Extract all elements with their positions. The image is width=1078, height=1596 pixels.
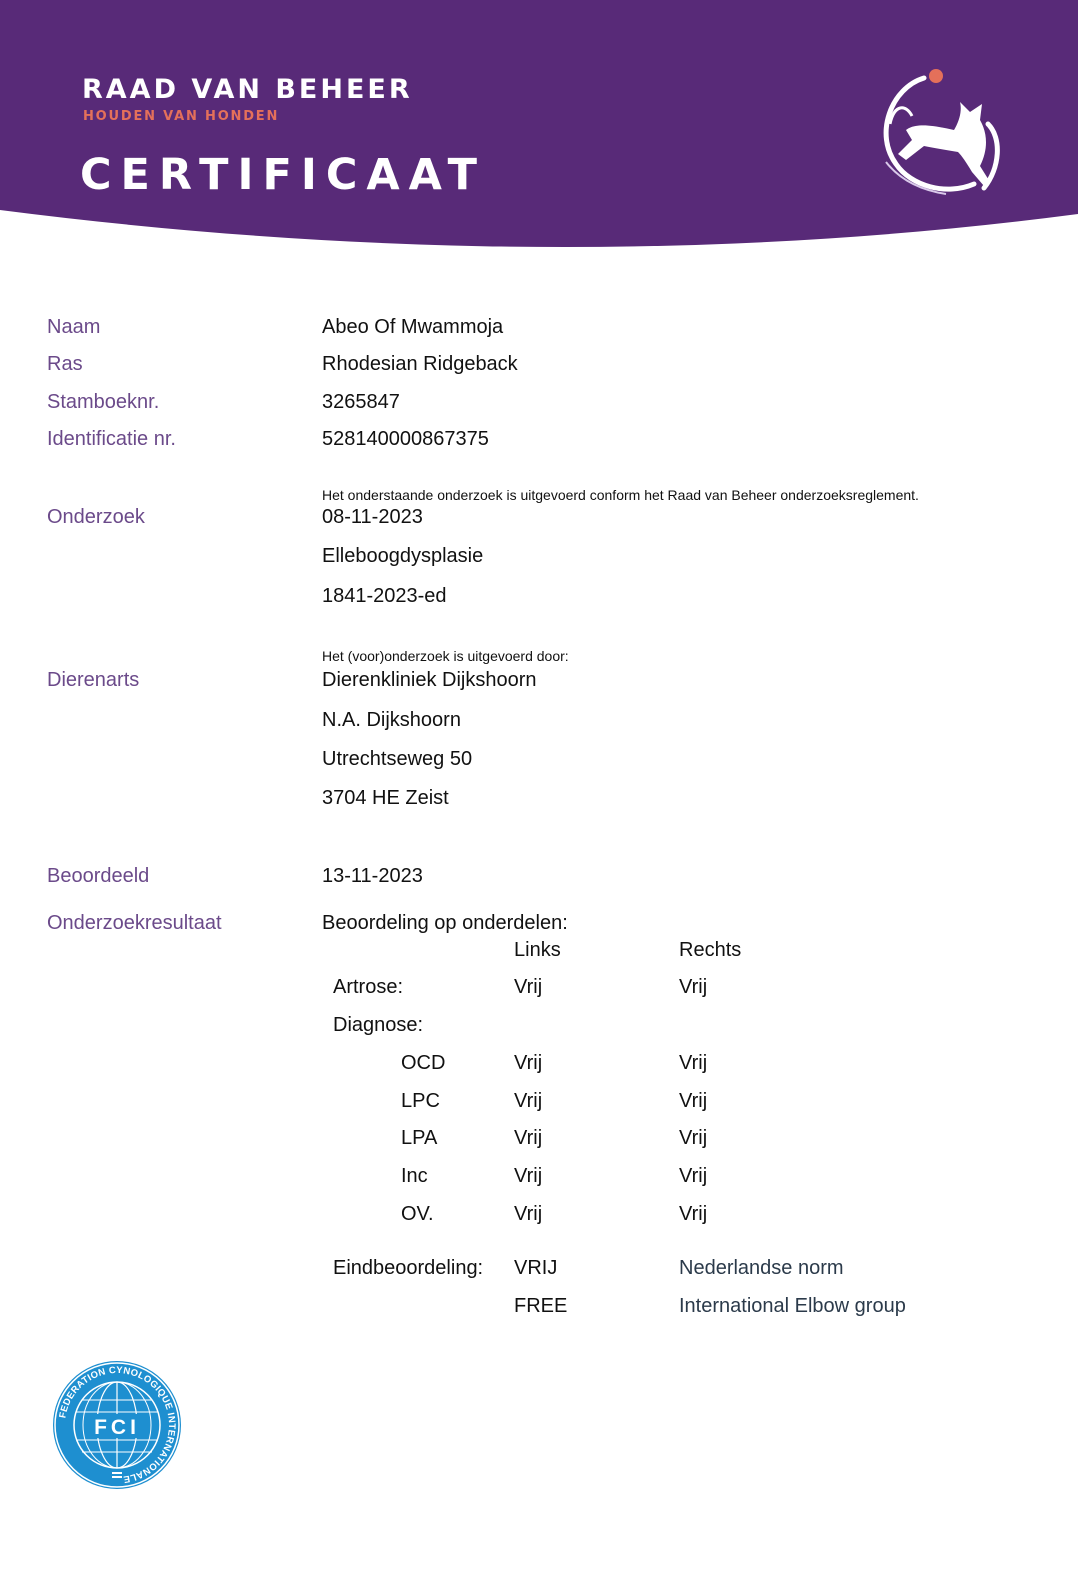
fci-logo-icon: FCI FEDERATION CYNOLOGIQUE INTERNATIONAL… <box>52 1360 182 1490</box>
dierenarts-city: 3704 HE Zeist <box>322 787 449 810</box>
diagnose-lpc-rechts: Vrij <box>679 1090 707 1113</box>
diagnose-ov-links: Vrij <box>514 1203 542 1226</box>
diagnose-inc-links: Vrij <box>514 1165 542 1188</box>
artrose-rechts: Vrij <box>679 976 707 999</box>
diagnose-lpa-label: LPA <box>401 1127 437 1150</box>
dierenarts-clinic: Dierenkliniek Dijkshoorn <box>322 669 537 692</box>
eindbeoordeling-nl-value: VRIJ <box>514 1257 557 1280</box>
diagnose-lpc-links: Vrij <box>514 1090 542 1113</box>
onderzoek-label: Onderzoek <box>47 506 145 529</box>
eindbeoordeling-ieg-value: FREE <box>514 1295 567 1318</box>
stamboek-value: 3265847 <box>322 391 400 414</box>
onderzoek-type: Elleboogdysplasie <box>322 545 483 568</box>
fci-abbr: FCI <box>94 1416 140 1439</box>
ras-value: Rhodesian Ridgeback <box>322 353 518 376</box>
diagnose-ov-rechts: Vrij <box>679 1203 707 1226</box>
artrose-label: Artrose: <box>333 976 403 999</box>
ras-label: Ras <box>47 353 83 376</box>
identificatie-value: 528140000867375 <box>322 428 489 451</box>
dierenarts-street: Utrechtseweg 50 <box>322 748 472 771</box>
dierenarts-label: Dierenarts <box>47 669 139 692</box>
artrose-links: Vrij <box>514 976 542 999</box>
dierenarts-note: Het (voor)onderzoek is uitgevoerd door: <box>322 648 569 664</box>
diagnose-ocd-label: OCD <box>401 1052 445 1075</box>
column-links: Links <box>514 939 561 962</box>
diagnose-ocd-links: Vrij <box>514 1052 542 1075</box>
onderzoekresultaat-label: Onderzoekresultaat <box>47 912 222 935</box>
naam-value: Abeo Of Mwammoja <box>322 316 503 339</box>
beoordeling-intro: Beoordeling op onderdelen: <box>322 912 568 935</box>
leaping-dog-logo-icon <box>876 64 1016 204</box>
diagnose-inc-label: Inc <box>401 1165 428 1188</box>
org-name: RAAD VAN BEHEER <box>82 74 413 105</box>
document-title: CERTIFICAAT <box>80 150 486 200</box>
onderzoek-reference: 1841-2023-ed <box>322 585 447 608</box>
diagnose-ov-label: OV. <box>401 1203 434 1226</box>
column-rechts: Rechts <box>679 939 741 962</box>
diagnose-inc-rechts: Vrij <box>679 1165 707 1188</box>
diagnose-lpa-rechts: Vrij <box>679 1127 707 1150</box>
certificate-header: RAAD VAN BEHEER HOUDEN VAN HONDEN CERTIF… <box>0 0 1078 260</box>
eindbeoordeling-label: Eindbeoordeling: <box>333 1257 483 1280</box>
eindbeoordeling-ieg-norm: International Elbow group <box>679 1295 906 1318</box>
naam-label: Naam <box>47 316 100 339</box>
onderzoek-date: 08-11-2023 <box>322 506 423 529</box>
beoordeeld-label: Beoordeeld <box>47 865 149 888</box>
diagnose-ocd-rechts: Vrij <box>679 1052 707 1075</box>
identificatie-label: Identificatie nr. <box>47 428 176 451</box>
dierenarts-name: N.A. Dijkshoorn <box>322 709 461 732</box>
stamboek-label: Stamboeknr. <box>47 391 159 414</box>
diagnose-lpa-links: Vrij <box>514 1127 542 1150</box>
diagnose-label: Diagnose: <box>333 1014 423 1037</box>
diagnose-lpc-label: LPC <box>401 1090 440 1113</box>
eindbeoordeling-nl-norm: Nederlandse norm <box>679 1257 844 1280</box>
onderzoek-note: Het onderstaande onderzoek is uitgevoerd… <box>322 487 919 503</box>
beoordeeld-date: 13-11-2023 <box>322 865 423 888</box>
org-tagline: HOUDEN VAN HONDEN <box>83 109 279 124</box>
